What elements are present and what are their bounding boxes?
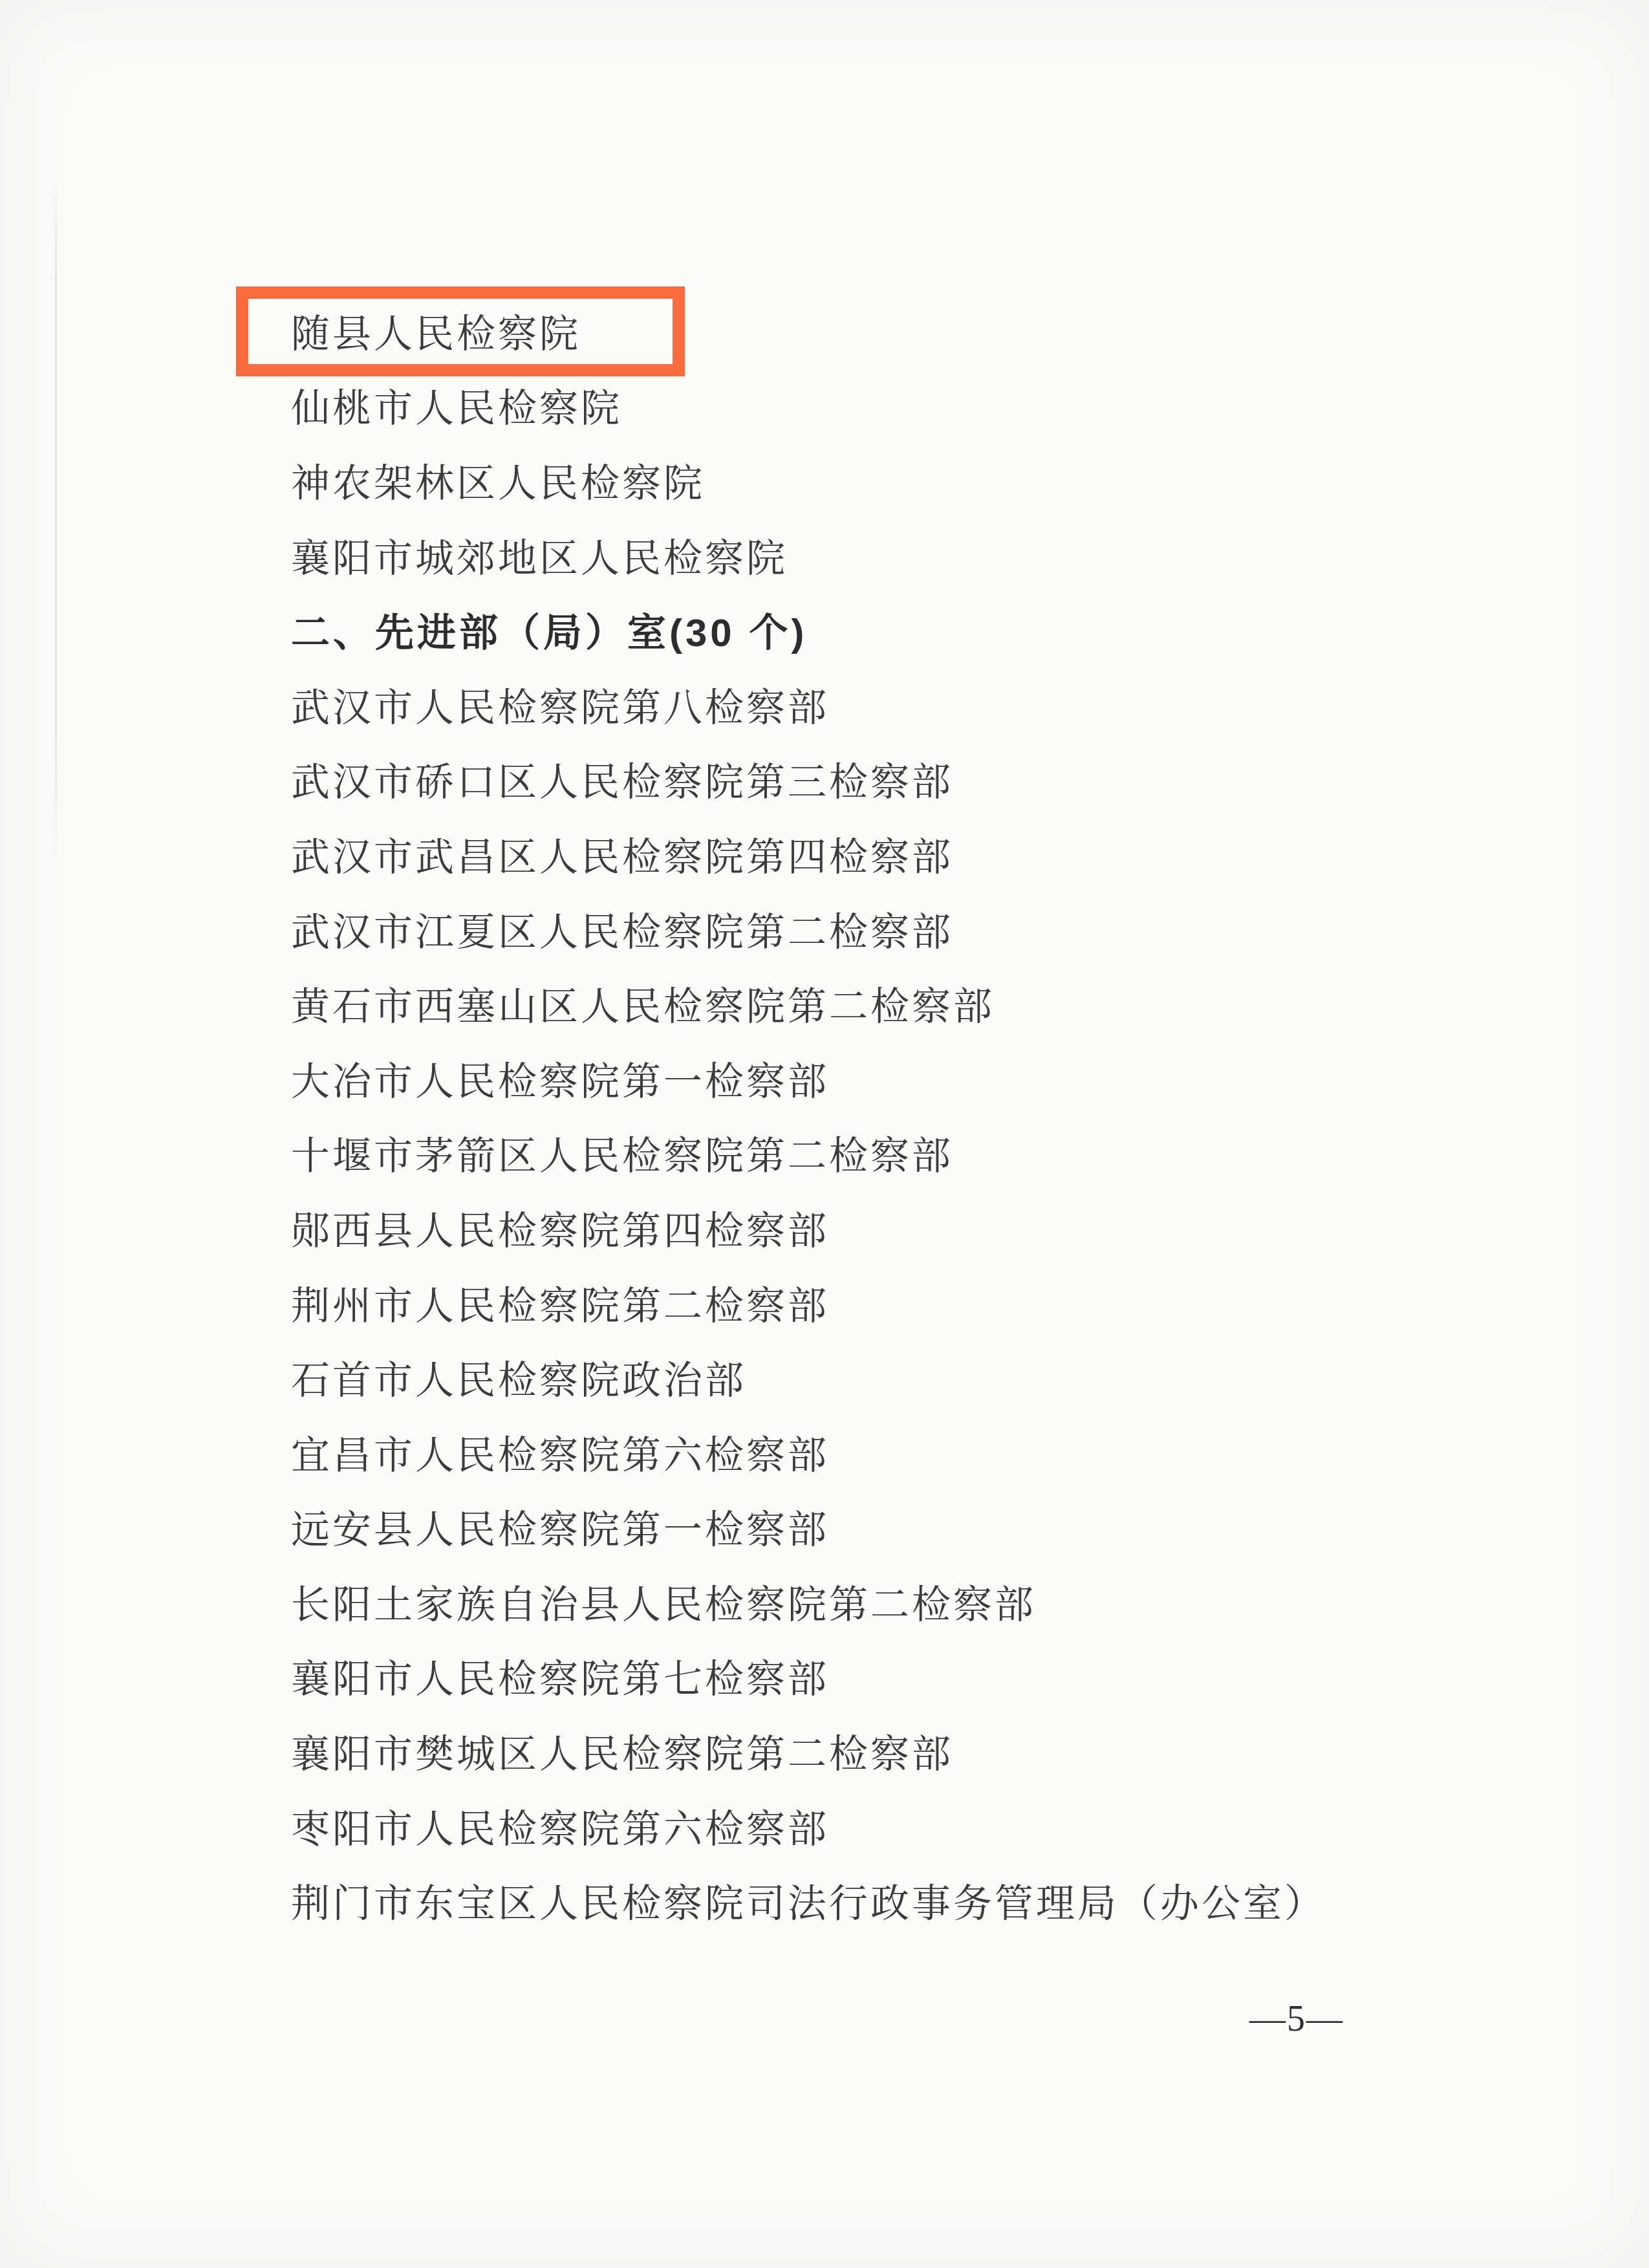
list-item: 襄阳市樊城区人民检察院第二检察部: [291, 1714, 1326, 1789]
list-item: 荆门市东宝区人民检察院司法行政事务管理局（办公室）: [291, 1863, 1326, 1938]
list-item: 长阳土家族自治县人民检察院第二检察部: [291, 1564, 1326, 1639]
section-heading: 二、先进部（局）室(30 个): [291, 592, 1326, 667]
list-item: 石首市人民检察院政治部: [291, 1340, 1326, 1415]
list-item: 神农架林区人民检察院: [291, 443, 1326, 518]
list-item: 十堰市茅箭区人民检察院第二检察部: [291, 1116, 1326, 1191]
page-number: —5—: [1249, 1998, 1344, 2040]
list-item: 远安县人民检察院第一检察部: [291, 1490, 1326, 1565]
list-item: 武汉市硚口区人民检察院第三检察部: [291, 742, 1326, 817]
list-item: 武汉市人民检察院第八检察部: [291, 667, 1326, 742]
list-item: 襄阳市城郊地区人民检察院: [291, 518, 1326, 593]
list-item: 枣阳市人民检察院第六检察部: [291, 1789, 1326, 1864]
honor-list: 随县人民检察院 仙桃市人民检察院 神农架林区人民检察院 襄阳市城郊地区人民检察院…: [291, 294, 1326, 1938]
scan-crease-line: [55, 171, 57, 870]
list-item: 大冶市人民检察院第一检察部: [291, 1041, 1326, 1116]
list-item: 武汉市武昌区人民检察院第四检察部: [291, 817, 1326, 892]
document-page: 随县人民检察院 仙桃市人民检察院 神农架林区人民检察院 襄阳市城郊地区人民检察院…: [0, 0, 1649, 2268]
list-item: 郧西县人民检察院第四检察部: [291, 1191, 1326, 1266]
list-item-highlighted: 随县人民检察院: [291, 294, 1326, 369]
list-item: 武汉市江夏区人民检察院第二检察部: [291, 892, 1326, 967]
list-item: 宜昌市人民检察院第六检察部: [291, 1415, 1326, 1490]
list-item: 仙桃市人民检察院: [291, 369, 1326, 444]
list-item: 黄石市西塞山区人民检察院第二检察部: [291, 966, 1326, 1041]
list-item: 襄阳市人民检察院第七检察部: [291, 1639, 1326, 1714]
list-item: 荆州市人民检察院第二检察部: [291, 1266, 1326, 1341]
